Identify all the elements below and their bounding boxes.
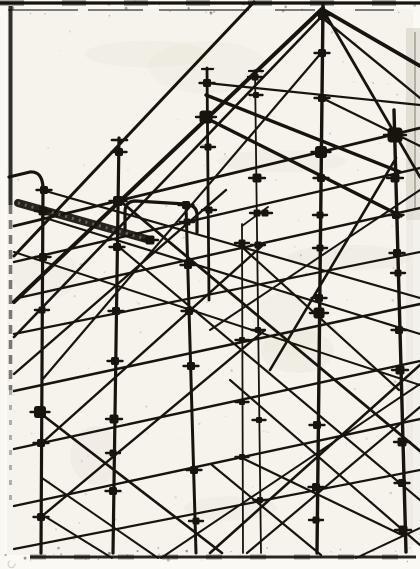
- edge-speck: [108, 552, 111, 555]
- speck: [249, 386, 250, 387]
- coupler-clamp: [200, 111, 213, 124]
- edge-speck: [98, 559, 99, 560]
- speck: [195, 457, 196, 458]
- coupler-clamp: [315, 294, 323, 302]
- speck: [14, 412, 15, 413]
- coupler-clamp: [253, 174, 262, 183]
- speck: [64, 280, 65, 281]
- edge-speck: [185, 550, 188, 553]
- speck: [43, 111, 44, 112]
- speck: [346, 299, 347, 300]
- speck: [81, 460, 83, 462]
- speck: [252, 486, 253, 487]
- speck: [224, 153, 226, 155]
- speck: [266, 547, 268, 549]
- scaffolding-print: [0, 0, 420, 569]
- speck: [354, 388, 356, 390]
- coupler-clamp: [111, 357, 119, 365]
- speck: [390, 492, 392, 494]
- coupler-clamp: [318, 49, 326, 57]
- coupler-clamp: [256, 417, 262, 423]
- edge-speck: [137, 550, 139, 552]
- coupler-clamp: [252, 74, 259, 81]
- speck: [69, 30, 71, 32]
- edge-speck: [53, 554, 54, 555]
- coupler-clamp: [239, 454, 245, 460]
- coupler-clamp: [184, 219, 191, 226]
- coupler-clamp: [313, 517, 320, 524]
- speck: [230, 369, 233, 372]
- coupler-clamp: [396, 366, 405, 375]
- coupler-clamp: [318, 94, 326, 102]
- edge-speck: [240, 554, 241, 555]
- speck: [62, 221, 63, 222]
- speck: [145, 406, 147, 408]
- speck: [335, 252, 337, 254]
- coupler-clamp: [203, 79, 211, 87]
- edge-speck: [230, 551, 231, 552]
- coupler-clamp: [239, 337, 245, 343]
- speck: [300, 254, 302, 256]
- speck: [273, 116, 274, 117]
- speck: [122, 492, 123, 493]
- speck: [17, 179, 19, 181]
- speck: [141, 519, 142, 520]
- coupler-clamp: [193, 518, 200, 525]
- speck: [29, 559, 31, 561]
- speck: [140, 255, 142, 257]
- speck: [78, 522, 80, 524]
- speck: [59, 50, 60, 51]
- speck: [88, 368, 89, 369]
- edge-speck: [284, 6, 287, 9]
- coupler-clamp: [318, 10, 328, 20]
- coupler-clamp: [255, 242, 262, 249]
- coupler-clamp: [391, 174, 400, 183]
- speck: [391, 225, 392, 226]
- edge-speck: [395, 551, 396, 552]
- speck: [127, 170, 128, 171]
- speck: [263, 430, 265, 432]
- speck: [392, 267, 394, 269]
- scaffold-pole: [207, 68, 209, 300]
- coupler-clamp: [388, 128, 403, 143]
- speck: [225, 416, 226, 417]
- speck: [85, 493, 87, 495]
- speck: [298, 220, 300, 222]
- speck: [199, 280, 201, 282]
- coupler-clamp: [113, 196, 123, 206]
- coupler-clamp: [185, 307, 193, 315]
- speck: [198, 423, 200, 425]
- speck: [331, 31, 333, 33]
- speck: [196, 204, 198, 206]
- speck: [365, 437, 367, 439]
- speck: [13, 395, 14, 396]
- coupler-clamp: [34, 406, 46, 418]
- edge-speck: [44, 13, 46, 15]
- speck: [351, 29, 352, 30]
- speck: [394, 380, 397, 383]
- edge-speck: [407, 561, 409, 563]
- edge-speck: [340, 549, 342, 551]
- coupler-clamp: [206, 207, 213, 214]
- edge-speck: [206, 12, 207, 13]
- speck: [294, 246, 296, 248]
- speck: [206, 302, 208, 304]
- speck: [55, 528, 57, 530]
- coupler-clamp: [110, 415, 119, 424]
- coupler-clamp: [39, 253, 47, 261]
- scaffolding-artwork: [0, 0, 420, 569]
- speck: [144, 73, 145, 74]
- edge-speck: [210, 12, 213, 15]
- speck: [178, 438, 179, 439]
- speck: [31, 433, 33, 435]
- speck: [104, 271, 106, 273]
- coupler-clamp: [113, 243, 121, 251]
- coupler-clamp: [39, 207, 48, 216]
- speck: [87, 455, 88, 456]
- coupler-clamp: [399, 526, 408, 535]
- speck: [393, 453, 394, 454]
- edge-speck: [30, 13, 31, 14]
- speck: [275, 179, 277, 181]
- coupler-clamp: [239, 240, 246, 247]
- coupler-clamp: [109, 487, 117, 495]
- speck: [165, 205, 168, 208]
- speck: [231, 465, 232, 466]
- speck: [392, 299, 395, 302]
- speck: [342, 61, 343, 62]
- speck: [136, 302, 137, 303]
- edge-speck: [158, 553, 160, 555]
- edge-speck: [24, 557, 27, 560]
- scaffold-pole: [41, 186, 43, 553]
- speck: [329, 133, 331, 135]
- speck: [178, 119, 179, 120]
- speck: [146, 433, 147, 434]
- speck: [225, 156, 226, 157]
- coupler-clamp: [313, 421, 321, 429]
- coupler-clamp: [187, 362, 195, 370]
- edge-speck: [330, 551, 331, 552]
- coupler-clamp: [392, 211, 400, 219]
- coupler-clamp: [398, 479, 406, 487]
- edge-speck: [109, 15, 110, 16]
- coupler-clamp: [262, 210, 269, 217]
- speck: [248, 317, 249, 318]
- coupler-clamp: [37, 439, 45, 447]
- coupler-clamp: [257, 497, 263, 503]
- speck: [249, 98, 251, 100]
- coupler-clamp: [146, 236, 155, 245]
- speck: [390, 473, 391, 474]
- speck: [183, 236, 185, 238]
- edge-speck: [398, 12, 400, 14]
- coupler-clamp: [317, 212, 324, 219]
- speck: [408, 547, 410, 549]
- coupler-clamp: [398, 438, 407, 447]
- coupler-clamp: [314, 308, 325, 319]
- coupler-clamp: [184, 261, 192, 269]
- speck: [174, 496, 176, 498]
- speck: [79, 264, 80, 265]
- coupler-clamp: [37, 513, 45, 521]
- coupler-clamp: [317, 174, 325, 182]
- coupler-clamp: [112, 307, 120, 315]
- coupler-clamp: [239, 399, 245, 405]
- coupler-clamp: [40, 186, 48, 194]
- coupler-clamp: [205, 144, 212, 151]
- edge-speck: [169, 11, 170, 12]
- coupler-clamp: [110, 450, 117, 457]
- speck: [372, 104, 373, 105]
- edge-speck: [60, 553, 62, 555]
- coupler-clamp: [317, 245, 324, 252]
- speck: [351, 248, 352, 249]
- edge-speck: [213, 11, 215, 13]
- speck: [140, 331, 142, 333]
- speck: [47, 147, 49, 149]
- edge-speck: [4, 554, 6, 556]
- speck: [396, 93, 398, 95]
- speck: [353, 81, 354, 82]
- coupler-clamp: [182, 201, 190, 209]
- speck: [241, 81, 243, 83]
- speck: [138, 302, 140, 304]
- scaffold-pole: [242, 224, 243, 553]
- coupler-clamp: [190, 466, 198, 474]
- coupler-clamp: [255, 327, 261, 333]
- coupler-clamp: [395, 270, 402, 277]
- coupler-clamp: [315, 146, 327, 158]
- coupler-clamp: [115, 148, 123, 156]
- speck: [204, 165, 205, 166]
- speck: [387, 83, 388, 84]
- speck: [83, 164, 85, 166]
- speck: [372, 82, 374, 84]
- coupler-clamp: [253, 92, 259, 98]
- coupler-clamp: [395, 326, 403, 334]
- edge-speck: [188, 7, 190, 9]
- speck: [231, 392, 232, 393]
- speck: [267, 431, 268, 432]
- coupler-clamp: [312, 483, 320, 491]
- speck: [73, 295, 75, 297]
- speck: [201, 559, 202, 560]
- speck: [379, 143, 380, 144]
- coupler-clamp: [393, 249, 401, 257]
- edge-speck: [57, 547, 60, 550]
- speck: [357, 169, 359, 171]
- speck: [271, 283, 272, 284]
- edge-speck: [157, 547, 159, 549]
- coupler-clamp: [39, 307, 46, 314]
